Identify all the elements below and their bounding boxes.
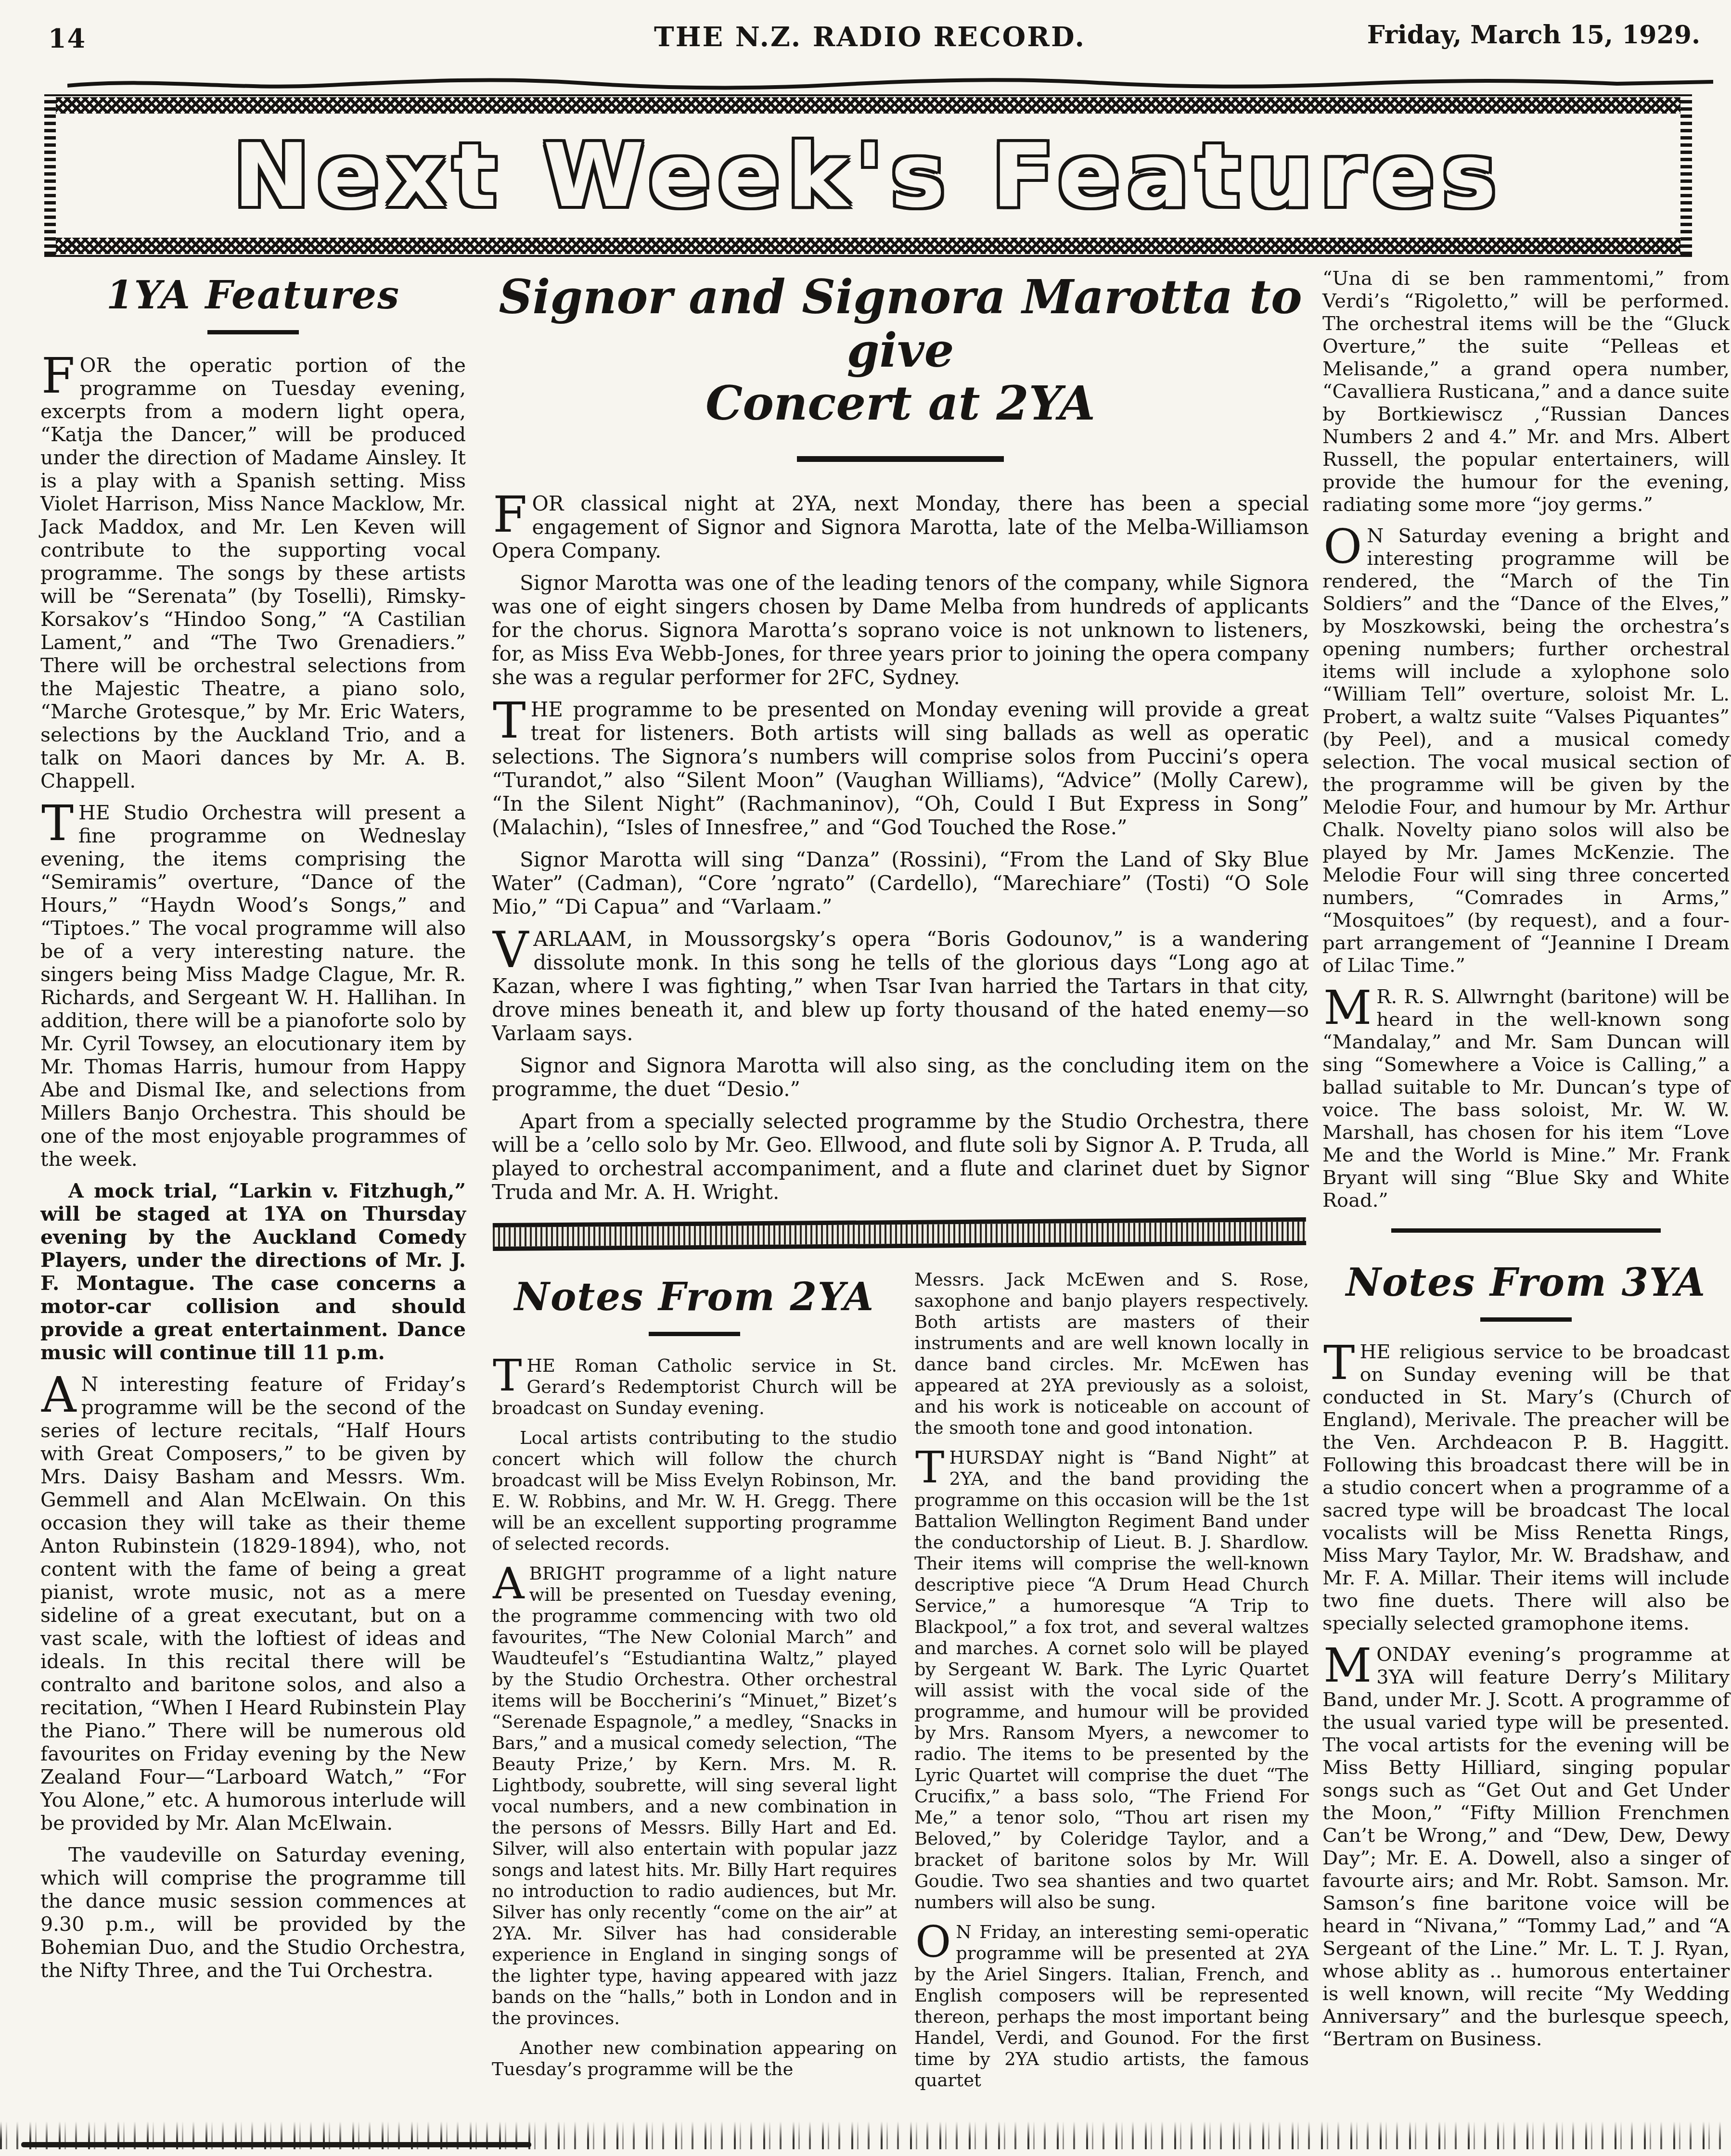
paragraph-text: ARLAAM, in Moussorgsky’s opera “Boris Go…: [492, 927, 1309, 1045]
heading-divider: [1480, 1317, 1572, 1322]
paragraph-text: HE Roman Catholic service in St. Gerard’…: [492, 1355, 897, 1418]
paragraph: THURSDAY night is “Band Night” at 2YA, a…: [914, 1447, 1309, 1913]
drop-cap: O: [1322, 525, 1367, 565]
paragraph: ON Saturday evening a bright and interes…: [1322, 525, 1730, 977]
paragraph: A BRIGHT programme of a light nature wil…: [492, 1563, 897, 2029]
column-1ya: 1YA Features FOR the operatic portion of…: [40, 268, 466, 1990]
paragraph-text: R. R. S. Allwrnght (baritone) will be he…: [1322, 986, 1730, 1212]
paragraph: THE programme to be presented on Monday …: [492, 698, 1309, 839]
paragraph: THE religious service to be broadcast on…: [1322, 1341, 1730, 1635]
section-divider-bar: [493, 1217, 1306, 1251]
paragraph: Signor Marotta was one of the leading te…: [492, 571, 1309, 689]
drop-cap: T: [492, 698, 531, 740]
paragraph: THE Roman Catholic service in St. Gerard…: [492, 1355, 897, 1419]
drop-cap: T: [1322, 1341, 1359, 1381]
paragraph: Local artists contributing to the studio…: [492, 1428, 897, 1555]
article-body: FOR classical night at 2YA, next Monday,…: [492, 492, 1309, 1204]
column-2ya-continued: Messrs. Jack McEwen and S. Rose, saxopho…: [914, 1269, 1309, 2100]
paragraph-bold: A mock trial, “Larkin v. Fitzhugh,” will…: [40, 1179, 466, 1364]
paragraph-text: N Saturday evening a bright and interest…: [1322, 525, 1730, 977]
paragraph: ON Friday, an interesting semi-operatic …: [914, 1922, 1309, 2091]
paragraph-text: N interesting feature of Friday’s progra…: [40, 1373, 466, 1835]
drop-cap: A: [492, 1563, 529, 1601]
drop-cap: O: [914, 1922, 956, 1960]
paragraph-text: “Una di se ben rammentomi,” from Verdi’s…: [1322, 268, 1730, 516]
drop-cap: V: [492, 927, 533, 970]
column-notes-2ya: Notes From 2YA THE Roman Catholic servic…: [492, 1269, 897, 2089]
paragraph-text: HE Studio Orchestra will present a fine …: [40, 801, 466, 1171]
paragraph-text: Messrs. Jack McEwen and S. Rose, saxopho…: [914, 1269, 1309, 1438]
paragraph: FOR classical night at 2YA, next Monday,…: [492, 492, 1309, 562]
drop-cap: M: [1322, 986, 1376, 1026]
features-banner: Next Week's Features: [44, 94, 1692, 257]
page-number: 14: [48, 23, 86, 54]
heading-notes-3ya: Notes From 3YA: [1322, 1260, 1730, 1305]
drop-cap: T: [40, 801, 78, 842]
paragraph-text: The vaudeville on Saturday evening, whic…: [40, 1843, 466, 1982]
article-title-line1: Signor and Signora Marotta to give: [499, 269, 1302, 378]
page-header: 14 THE N.Z. RADIO RECORD. Friday, March …: [39, 14, 1700, 67]
center-lower-columns: Notes From 2YA THE Roman Catholic servic…: [492, 1269, 1309, 2100]
paragraph: “Una di se ben rammentomi,” from Verdi’s…: [1322, 268, 1730, 516]
heading-1ya-features: 1YA Features: [40, 272, 466, 318]
paragraph: Signor and Signora Marotta will also sin…: [492, 1054, 1309, 1101]
paragraph: MR. R. S. Allwrnght (baritone) will be h…: [1322, 986, 1730, 1212]
paragraph: THE Studio Orchestra will present a fine…: [40, 801, 466, 1171]
drop-cap: F: [40, 354, 80, 395]
scan-noise-line: [21, 2142, 531, 2147]
braid-border-right: [1680, 96, 1692, 255]
heading-notes-2ya: Notes From 2YA: [492, 1274, 897, 1319]
paragraph-text: OR classical night at 2YA, next Monday, …: [492, 492, 1309, 562]
drop-cap: F: [492, 492, 532, 534]
drop-cap: M: [1322, 1644, 1376, 1684]
paragraph-text: A mock trial, “Larkin v. Fitzhugh,” will…: [40, 1179, 466, 1364]
paragraph: Signor Marotta will sing “Danza” (Rossin…: [492, 848, 1309, 919]
drop-cap: T: [492, 1355, 526, 1393]
drop-cap: T: [914, 1447, 949, 1485]
paragraph-text: Signor and Signora Marotta will also sin…: [492, 1054, 1309, 1101]
paragraph: Another new combination appearing on Tue…: [492, 2038, 897, 2080]
paragraph-text: Local artists contributing to the studio…: [492, 1428, 897, 1554]
header-rule: [67, 73, 1713, 94]
paragraph-text: Apart from a specially selected programm…: [492, 1110, 1309, 1204]
article-title: Signor and Signora Marotta to give Conce…: [492, 270, 1309, 430]
paragraph-text: HE religious service to be broadcast on …: [1322, 1341, 1730, 1634]
masthead-title: THE N.Z. RADIO RECORD.: [654, 21, 1086, 53]
heading-divider: [207, 330, 299, 334]
drop-cap: A: [40, 1373, 81, 1414]
issue-date: Friday, March 15, 1929.: [1367, 20, 1700, 50]
paragraph: VARLAAM, in Moussorgsky’s opera “Boris G…: [492, 927, 1309, 1045]
banner-title: Next Week's Features: [233, 125, 1503, 227]
paragraph-text: OR the operatic portion of the programme…: [40, 354, 466, 792]
paragraph: Apart from a specially selected programm…: [492, 1110, 1309, 1204]
paragraph-text: Signor Marotta was one of the leading te…: [492, 571, 1309, 689]
heading-divider: [649, 1332, 740, 1336]
paragraph: MONDAY evening’s programme at 3YA will f…: [1322, 1644, 1730, 2051]
paragraph-text: N Friday, an interesting semi-operatic p…: [914, 1922, 1309, 2091]
paragraph-text: HE programme to be presented on Monday e…: [492, 698, 1309, 839]
paragraph-text: Signor Marotta will sing “Danza” (Rossin…: [492, 848, 1309, 919]
article-title-line2: Concert at 2YA: [705, 376, 1095, 431]
paragraph-text: BRIGHT programme of a light nature will …: [492, 1563, 897, 2028]
paragraph: AN interesting feature of Friday’s progr…: [40, 1373, 466, 1835]
banner-title-wrap: Next Week's Features: [59, 114, 1678, 238]
paragraph-text: ONDAY evening’s programme at 3YA will fe…: [1322, 1644, 1730, 2050]
zigzag-border-bottom: [44, 238, 1692, 254]
paragraph-text: HURSDAY night is “Band Night” at 2YA, an…: [914, 1447, 1309, 1913]
paragraph: The vaudeville on Saturday evening, whic…: [40, 1843, 466, 1982]
zigzag-border-top: [44, 97, 1692, 114]
title-divider: [797, 456, 1004, 462]
braid-border-left: [44, 96, 56, 255]
newspaper-page: 14 THE N.Z. RADIO RECORD. Friday, March …: [0, 0, 1731, 2156]
section-divider: [1391, 1228, 1661, 1233]
paragraph-text: Another new combination appearing on Tue…: [492, 2038, 897, 2079]
column-right: “Una di se ben rammentomi,” from Verdi’s…: [1322, 268, 1730, 2059]
paragraph: FOR the operatic portion of the programm…: [40, 354, 466, 792]
paragraph: Messrs. Jack McEwen and S. Rose, saxopho…: [914, 1269, 1309, 1439]
column-center: Signor and Signora Marotta to give Conce…: [492, 268, 1309, 2100]
